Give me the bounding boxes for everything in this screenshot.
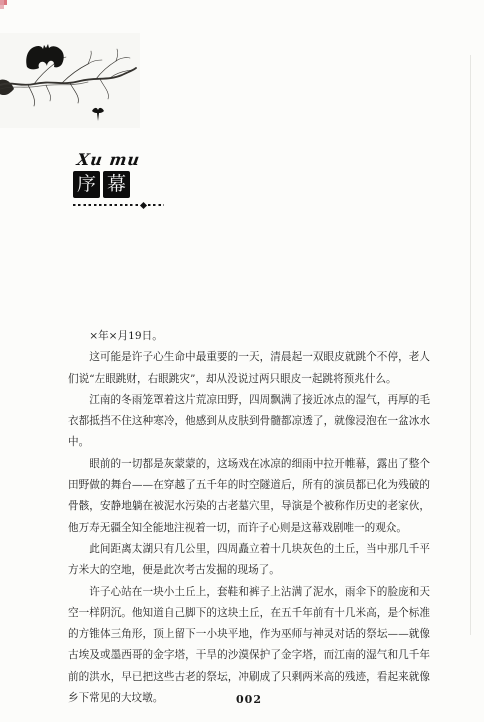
scan-artifact-edge-line [470,55,471,635]
body-text: ×年×月19日。这可能是许子心生命中最重要的一天，清晨起一双眼皮就跳个不停，老人… [68,326,430,709]
title-underline [73,202,193,208]
paragraph: 江南的冬雨笼罩着这片荒凉田野，四周飘满了接近冰点的湿气，再厚的毛衣都抵挡不住这种… [68,390,430,454]
paragraph: 此间距离太湖只有几公里，四周矗立着十几块灰色的土丘，当中那几千平方米大的空地，便… [68,539,430,582]
dash-segment [73,204,139,206]
title-char-box: 序 [73,171,100,198]
page-number: 002 [68,693,430,706]
bat-branch-illustration [0,33,140,128]
paragraph: 许子心站在一块小土丘上，套鞋和裤子上沾满了泥水，雨伞下的脸庞和天空一样阴沉。他知… [68,582,430,710]
illustration-background [0,33,140,128]
paragraph: 这可能是许子心生命中最重要的一天，清晨起一双眼皮就跳个不停，老人们说“左眼跳财，… [68,347,430,390]
paragraph: ×年×月19日。 [68,326,430,347]
book-page: Xu mu 序 幕 ×年×月19日。这可能是许子心生命中最重要的一天，清晨起一双… [0,0,484,722]
chapter-title-block: Xu mu 序 幕 [73,150,193,208]
scan-artifact-red-mark [0,0,4,9]
title-char-box: 幕 [103,171,130,198]
paragraph: 眼前的一切都是灰蒙蒙的，这场戏在冰凉的细雨中拉开帷幕，露出了整个田野做的舞台——… [68,454,430,539]
dash-segment [148,204,164,206]
diamond-ornament-icon [140,201,147,208]
chapter-title: 序 幕 [73,171,193,198]
chapter-title-pinyin: Xu mu [76,150,195,169]
